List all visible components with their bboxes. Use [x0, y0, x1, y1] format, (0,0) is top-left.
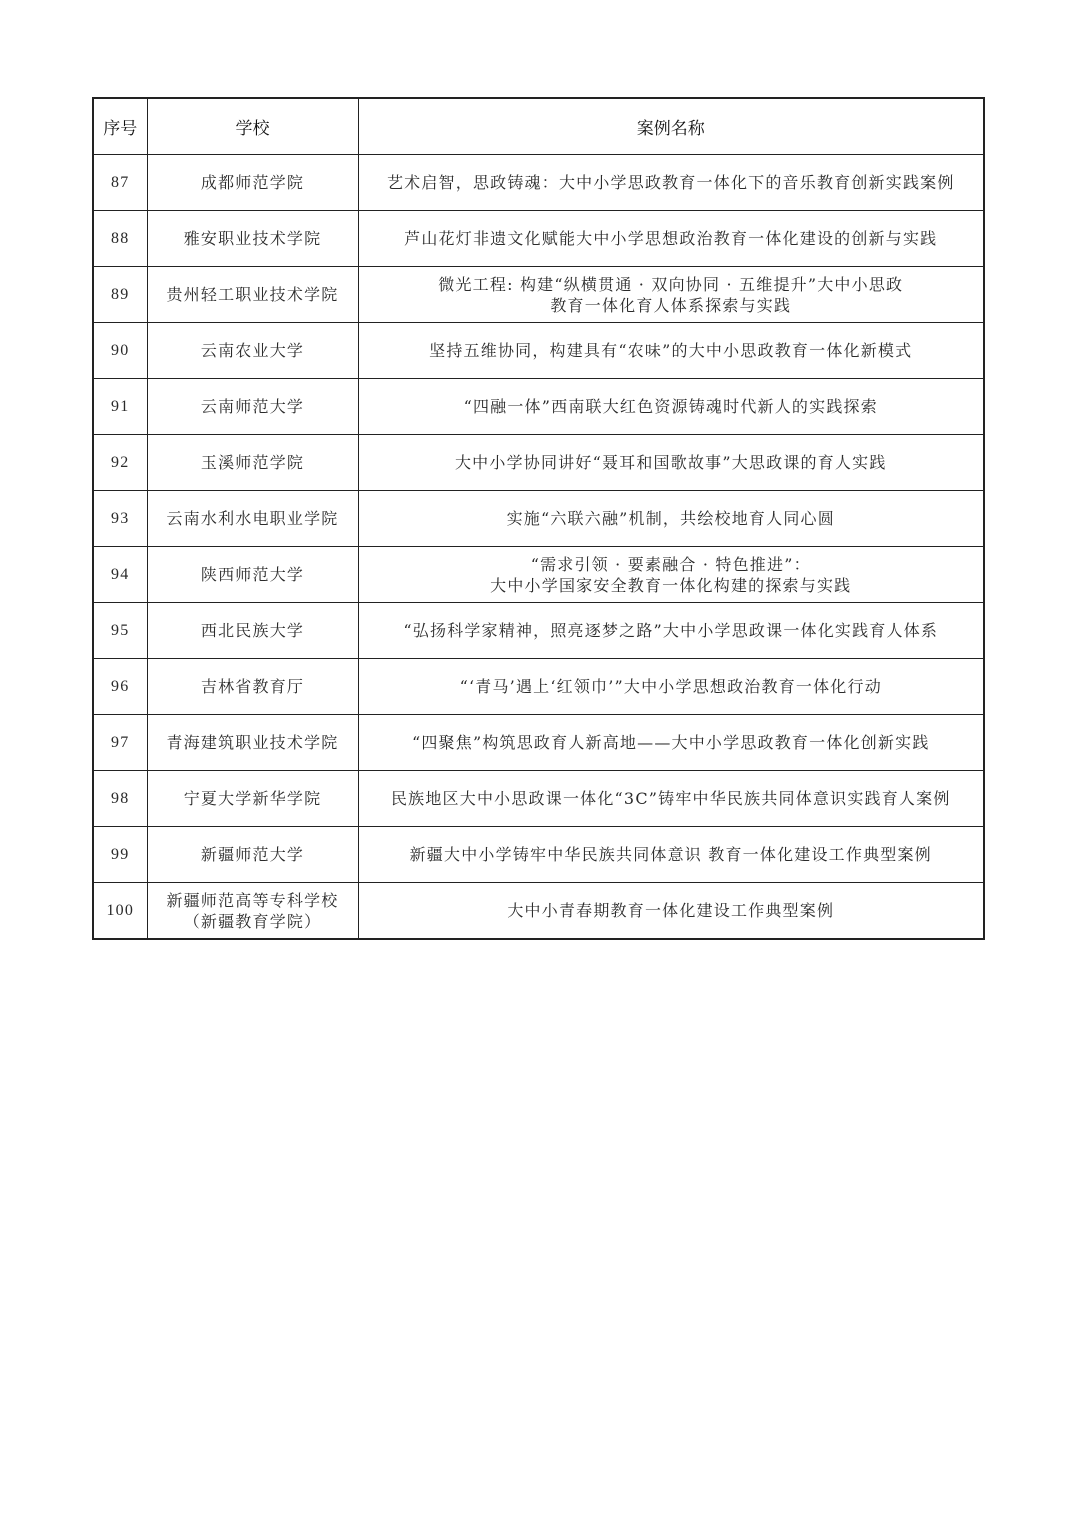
school-name: 西北民族大学 — [152, 620, 354, 641]
table-row: 95 西北民族大学 “弘扬科学家精神，照亮逐梦之路”大中小学思政课一体化实践育人… — [93, 603, 984, 659]
case-name: 大中小青春期教育一体化建设工作典型案例 — [363, 900, 980, 921]
school-name: 雅安职业技术学院 — [152, 228, 354, 249]
school-cell: 吉林省教育厅 — [147, 659, 358, 715]
school-name: 云南农业大学 — [152, 340, 354, 361]
school-name: 陕西师范大学 — [152, 564, 354, 585]
document-page: 序号 学校 案例名称 87 成都师范学院 艺术启智，思政铸魂：大中小学思政教育一… — [0, 0, 1080, 1527]
case-name: “四聚焦”构筑思政育人新高地——大中小学思政教育一体化创新实践 — [363, 732, 980, 753]
serial-number-cell: 89 — [93, 267, 147, 323]
case-name: 艺术启智，思政铸魂：大中小学思政教育一体化下的音乐教育创新实践案例 — [363, 172, 980, 193]
school-cell: 雅安职业技术学院 — [147, 211, 358, 267]
table-body: 87 成都师范学院 艺术启智，思政铸魂：大中小学思政教育一体化下的音乐教育创新实… — [93, 155, 984, 940]
table-header: 序号 学校 案例名称 — [93, 98, 984, 155]
case-name-cell: 新疆大中小学铸牢中华民族共同体意识 教育一体化建设工作典型案例 — [358, 827, 984, 883]
school-name: 云南水利水电职业学院 — [152, 508, 354, 529]
case-name-cell: “需求引领 · 要素融合 · 特色推进”： 大中小学国家安全教育一体化构建的探索… — [358, 547, 984, 603]
school-name: 贵州轻工职业技术学院 — [152, 284, 354, 305]
school-name: 云南师范大学 — [152, 396, 354, 417]
school-name: 宁夏大学新华学院 — [152, 788, 354, 809]
table-row: 91 云南师范大学 “四融一体”西南联大红色资源铸魂时代新人的实践探索 — [93, 379, 984, 435]
school-cell: 云南水利水电职业学院 — [147, 491, 358, 547]
school-name: 新疆师范大学 — [152, 844, 354, 865]
serial-number-cell: 99 — [93, 827, 147, 883]
serial-number-cell: 87 — [93, 155, 147, 211]
table-row: 88 雅安职业技术学院 芦山花灯非遗文化赋能大中小学思想政治教育一体化建设的创新… — [93, 211, 984, 267]
case-name: 坚持五维协同，构建具有“农味”的大中小思政教育一体化新模式 — [363, 340, 980, 361]
school-cell: 成都师范学院 — [147, 155, 358, 211]
school-cell: 贵州轻工职业技术学院 — [147, 267, 358, 323]
header-row: 序号 学校 案例名称 — [93, 98, 984, 155]
case-name: “弘扬科学家精神，照亮逐梦之路”大中小学思政课一体化实践育人体系 — [363, 620, 980, 641]
table-row: 87 成都师范学院 艺术启智，思政铸魂：大中小学思政教育一体化下的音乐教育创新实… — [93, 155, 984, 211]
case-name-cell: 艺术启智，思政铸魂：大中小学思政教育一体化下的音乐教育创新实践案例 — [358, 155, 984, 211]
school-cell: 玉溪师范学院 — [147, 435, 358, 491]
serial-number-cell: 93 — [93, 491, 147, 547]
serial-number-cell: 91 — [93, 379, 147, 435]
school-name-line-1: 新疆师范高等专科学校 — [152, 890, 354, 911]
case-name-line-1: 微光工程: 构建“纵横贯通 · 双向协同 · 五维提升”大中小思政 — [363, 274, 980, 295]
school-name: 成都师范学院 — [152, 172, 354, 193]
school-cell: 新疆师范大学 — [147, 827, 358, 883]
case-name-cell: “四聚焦”构筑思政育人新高地——大中小学思政教育一体化创新实践 — [358, 715, 984, 771]
case-name-cell: 民族地区大中小思政课一体化“3C”铸牢中华民族共同体意识实践育人案例 — [358, 771, 984, 827]
case-name-cell: 芦山花灯非遗文化赋能大中小学思想政治教育一体化建设的创新与实践 — [358, 211, 984, 267]
header-serial-number: 序号 — [93, 98, 147, 155]
serial-number-cell: 96 — [93, 659, 147, 715]
table-row: 89 贵州轻工职业技术学院 微光工程: 构建“纵横贯通 · 双向协同 · 五维提… — [93, 267, 984, 323]
serial-number-cell: 90 — [93, 323, 147, 379]
case-name-cell: “四融一体”西南联大红色资源铸魂时代新人的实践探索 — [358, 379, 984, 435]
case-name-cell: 微光工程: 构建“纵横贯通 · 双向协同 · 五维提升”大中小思政 教育一体化育… — [358, 267, 984, 323]
table-row: 100 新疆师范高等专科学校 （新疆教育学院） 大中小青春期教育一体化建设工作典… — [93, 883, 984, 940]
case-name: “‘青马’遇上‘红领巾’”大中小学思想政治教育一体化行动 — [363, 676, 980, 697]
school-cell: 西北民族大学 — [147, 603, 358, 659]
case-name-cell: 坚持五维协同，构建具有“农味”的大中小思政教育一体化新模式 — [358, 323, 984, 379]
serial-number-cell: 98 — [93, 771, 147, 827]
case-name-cell: 实施“六联六融”机制，共绘校地育人同心圆 — [358, 491, 984, 547]
school-cell: 宁夏大学新华学院 — [147, 771, 358, 827]
school-name: 吉林省教育厅 — [152, 676, 354, 697]
school-cell: 陕西师范大学 — [147, 547, 358, 603]
table-row: 97 青海建筑职业技术学院 “四聚焦”构筑思政育人新高地——大中小学思政教育一体… — [93, 715, 984, 771]
school-cell: 新疆师范高等专科学校 （新疆教育学院） — [147, 883, 358, 940]
table-row: 96 吉林省教育厅 “‘青马’遇上‘红领巾’”大中小学思想政治教育一体化行动 — [93, 659, 984, 715]
case-name: 新疆大中小学铸牢中华民族共同体意识 教育一体化建设工作典型案例 — [363, 844, 980, 865]
case-name-cell: 大中小学协同讲好“聂耳和国歌故事”大思政课的育人实践 — [358, 435, 984, 491]
case-name-cell: “弘扬科学家精神，照亮逐梦之路”大中小学思政课一体化实践育人体系 — [358, 603, 984, 659]
serial-number-cell: 100 — [93, 883, 147, 940]
table-row: 92 玉溪师范学院 大中小学协同讲好“聂耳和国歌故事”大思政课的育人实践 — [93, 435, 984, 491]
case-name-cell: 大中小青春期教育一体化建设工作典型案例 — [358, 883, 984, 940]
case-name-line-2: 大中小学国家安全教育一体化构建的探索与实践 — [363, 575, 980, 596]
school-name: 青海建筑职业技术学院 — [152, 732, 354, 753]
serial-number-cell: 95 — [93, 603, 147, 659]
school-cell: 云南农业大学 — [147, 323, 358, 379]
table-row: 93 云南水利水电职业学院 实施“六联六融”机制，共绘校地育人同心圆 — [93, 491, 984, 547]
header-case-name: 案例名称 — [358, 98, 984, 155]
school-name-line-2: （新疆教育学院） — [152, 911, 354, 932]
table-row: 90 云南农业大学 坚持五维协同，构建具有“农味”的大中小思政教育一体化新模式 — [93, 323, 984, 379]
case-name: 大中小学协同讲好“聂耳和国歌故事”大思政课的育人实践 — [363, 452, 980, 473]
header-school: 学校 — [147, 98, 358, 155]
serial-number-cell: 94 — [93, 547, 147, 603]
table-row: 98 宁夏大学新华学院 民族地区大中小思政课一体化“3C”铸牢中华民族共同体意识… — [93, 771, 984, 827]
case-name: 实施“六联六融”机制，共绘校地育人同心圆 — [363, 508, 980, 529]
school-cell: 云南师范大学 — [147, 379, 358, 435]
case-name-cell: “‘青马’遇上‘红领巾’”大中小学思想政治教育一体化行动 — [358, 659, 984, 715]
case-name-line-1: “需求引领 · 要素融合 · 特色推进”： — [363, 554, 980, 575]
serial-number-cell: 92 — [93, 435, 147, 491]
school-cell: 青海建筑职业技术学院 — [147, 715, 358, 771]
case-name: “四融一体”西南联大红色资源铸魂时代新人的实践探索 — [363, 396, 980, 417]
serial-number-cell: 97 — [93, 715, 147, 771]
case-name: 民族地区大中小思政课一体化“3C”铸牢中华民族共同体意识实践育人案例 — [363, 788, 980, 809]
table-row: 94 陕西师范大学 “需求引领 · 要素融合 · 特色推进”： 大中小学国家安全… — [93, 547, 984, 603]
case-name: 芦山花灯非遗文化赋能大中小学思想政治教育一体化建设的创新与实践 — [363, 228, 980, 249]
case-list-table: 序号 学校 案例名称 87 成都师范学院 艺术启智，思政铸魂：大中小学思政教育一… — [92, 97, 985, 940]
case-name-line-2: 教育一体化育人体系探索与实践 — [363, 295, 980, 316]
serial-number-cell: 88 — [93, 211, 147, 267]
table-row: 99 新疆师范大学 新疆大中小学铸牢中华民族共同体意识 教育一体化建设工作典型案… — [93, 827, 984, 883]
school-name: 玉溪师范学院 — [152, 452, 354, 473]
